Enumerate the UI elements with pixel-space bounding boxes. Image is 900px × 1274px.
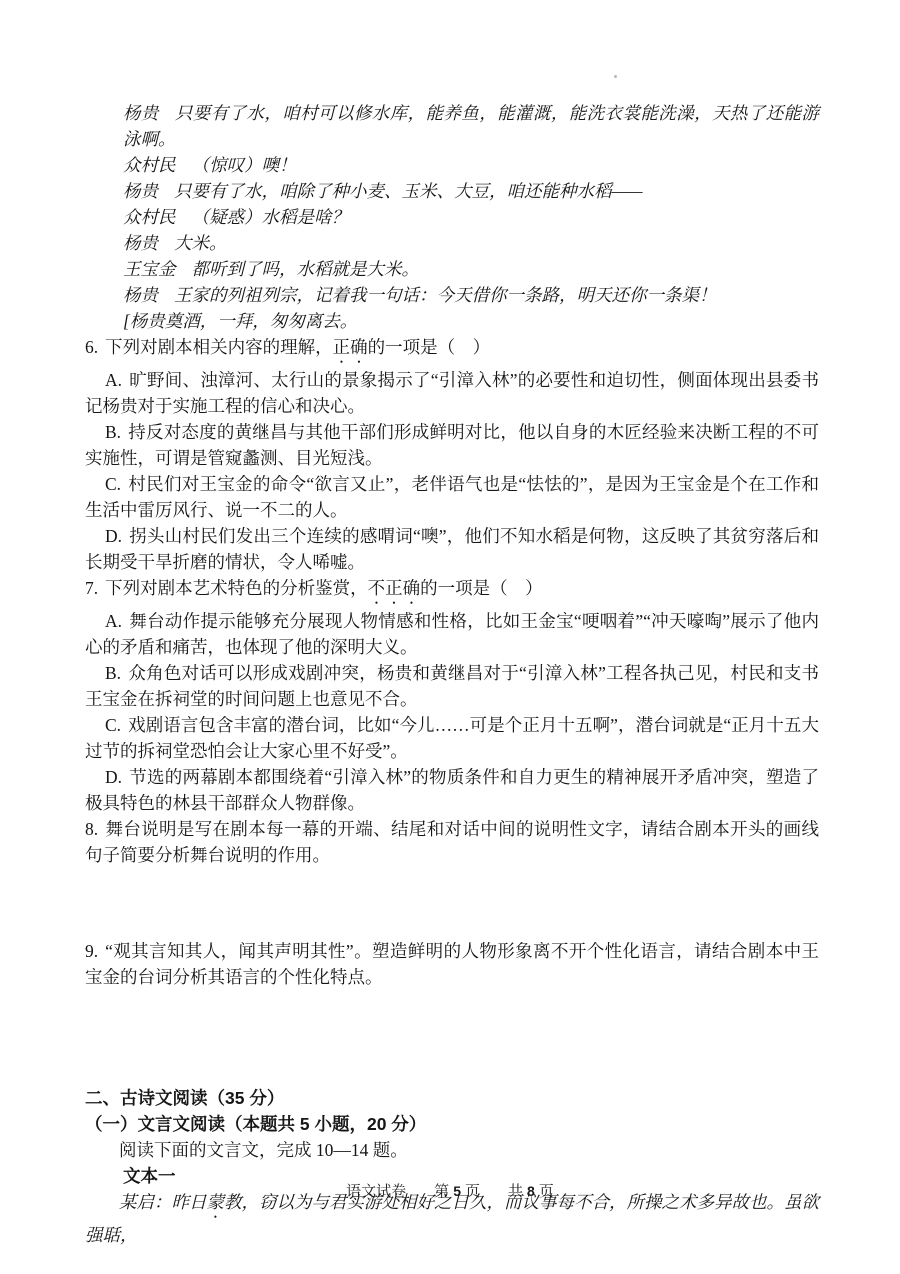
option-text: 旷野间、浊漳河、太行山的景象揭示了“引漳入林”的必要性和迫切性，侧面体现出县委书… bbox=[85, 370, 819, 416]
question-6-option-d: D.拐头山村民们发出三个连续的感喟词“噢”，他们不知水稻是何物，这反映了其贫穷落… bbox=[85, 523, 819, 575]
section-2: 二、古诗文阅读（35 分） （一）文言文阅读（本题共 5 小题，20 分） 阅读… bbox=[85, 1085, 819, 1248]
dialogue-line: 杨贵大米。 bbox=[123, 230, 819, 256]
question-6-option-c: C.村民们对王宝金的命令“欲言又止”，老伴语气也是“怯怯的”，是因为王宝金是个在… bbox=[85, 471, 819, 523]
option-text: 持反对态度的黄继昌与其他干部们形成鲜明对比，他以自身的木匠经验来决断工程的不可实… bbox=[85, 422, 819, 468]
dialogue-text: 只要有了水，咱村可以修水库，能养鱼，能灌溉，能洗衣裳能洗澡，天热了还能游泳啊。 bbox=[123, 103, 819, 149]
question-6-option-a: A.旷野间、浊漳河、太行山的景象揭示了“引漳入林”的必要性和迫切性，侧面体现出县… bbox=[85, 367, 819, 419]
option-text: 舞台动作提示能够充分展现人物情感和性格，比如王金宝“哽咽着”“冲天嚎啕”展示了他… bbox=[85, 611, 819, 657]
speaker-name: 杨贵 bbox=[123, 233, 158, 253]
question-text: “观其言知其人，闻其声明其性”。塑造鲜明的人物形象离不开个性化语言，请结合剧本中… bbox=[85, 941, 819, 987]
stem-emphasis: 不正确 bbox=[368, 578, 421, 598]
dialogue-line: 王宝金都听到了吗，水稻就是大米。 bbox=[123, 256, 819, 282]
option-label: D. bbox=[105, 526, 122, 546]
dialogue-text: 大米。 bbox=[174, 233, 227, 253]
option-label: A. bbox=[105, 370, 122, 390]
script-dialogue-block: 杨贵只要有了水，咱村可以修水库，能养鱼，能灌溉，能洗衣裳能洗澡，天热了还能游泳啊… bbox=[85, 100, 819, 334]
stem-text: 的一项是（ ） bbox=[368, 337, 491, 357]
speaker-name: 众村民 bbox=[123, 155, 176, 175]
option-label: B. bbox=[105, 422, 121, 442]
question-7-option-b: B.众角色对话可以形成戏剧冲突，杨贵和黄继昌对于“引漳入林”工程各执己见，村民和… bbox=[85, 660, 819, 712]
footer-total-number: 8 bbox=[523, 1183, 539, 1199]
print-speck-artifact bbox=[614, 75, 617, 78]
dialogue-line: 杨贵只要有了水，咱村可以修水库，能养鱼，能灌溉，能洗衣裳能洗澡，天热了还能游泳啊… bbox=[123, 100, 819, 152]
option-text: 拐头山村民们发出三个连续的感喟词“噢”，他们不知水稻是何物，这反映了其贫穷落后和… bbox=[85, 526, 819, 572]
option-label: C. bbox=[105, 715, 121, 735]
question-6-stem: 6.下列对剧本相关内容的理解，正确的一项是（ ） bbox=[85, 334, 819, 367]
stem-text: 下列对剧本艺术特色的分析鉴赏， bbox=[105, 578, 368, 598]
section-title: 二、古诗文阅读（35 分） bbox=[85, 1085, 819, 1111]
footer-page-label: 页 bbox=[465, 1184, 480, 1200]
speaker-name: 杨贵 bbox=[123, 103, 159, 123]
option-label: C. bbox=[105, 474, 121, 494]
option-label: A. bbox=[105, 611, 122, 631]
question-8: 8.舞台说明是写在剧本每一幕的开端、结尾和对话中间的说明性文字，请结合剧本开头的… bbox=[85, 816, 819, 868]
speaker-name: 杨贵 bbox=[123, 181, 158, 201]
speaker-name: 众村民 bbox=[123, 207, 176, 227]
stem-emphasis: 正确 bbox=[333, 337, 368, 357]
option-label: B. bbox=[105, 663, 121, 683]
stem-text: 的一项是（ ） bbox=[420, 578, 543, 598]
page-content: 杨贵只要有了水，咱村可以修水库，能养鱼，能灌溉，能洗衣裳能洗澡，天热了还能游泳啊… bbox=[85, 100, 819, 1248]
section-subtitle: （一）文言文阅读（本题共 5 小题，20 分） bbox=[85, 1111, 819, 1137]
dialogue-text: 只要有了水，咱除了种小麦、玉米、大豆，咱还能种水稻—— bbox=[174, 181, 643, 201]
dialogue-text: （疑惑）水稻是啥？ bbox=[192, 207, 350, 227]
footer-page-label: 第 bbox=[434, 1184, 449, 1200]
answer-space bbox=[85, 868, 819, 938]
question-text: 舞台说明是写在剧本每一幕的开端、结尾和对话中间的说明性文字，请结合剧本开头的画线… bbox=[85, 819, 819, 865]
answer-space bbox=[85, 990, 819, 1085]
question-7-stem: 7.下列对剧本艺术特色的分析鉴赏，不正确的一项是（ ） bbox=[85, 575, 819, 608]
speaker-name: 杨贵 bbox=[123, 285, 158, 305]
dialogue-text: 都听到了吗，水稻就是大米。 bbox=[192, 259, 420, 279]
footer-total-label: 共 bbox=[508, 1184, 523, 1200]
question-7-option-d: D.节选的两幕剧本都围绕着“引漳入林”的物质条件和自力更生的精神展开矛盾冲突，塑… bbox=[85, 764, 819, 816]
dialogue-line: 众村民（惊叹）噢！ bbox=[123, 152, 819, 178]
question-6: 6.下列对剧本相关内容的理解，正确的一项是（ ） A.旷野间、浊漳河、太行山的景… bbox=[85, 334, 819, 575]
footer-page-number: 5 bbox=[449, 1183, 465, 1199]
question-number: 9. bbox=[85, 941, 98, 961]
question-number: 8. bbox=[85, 819, 98, 839]
dialogue-text: （惊叹）噢！ bbox=[192, 155, 297, 175]
option-label: D. bbox=[105, 767, 122, 787]
question-6-option-b: B.持反对态度的黄继昌与其他干部们形成鲜明对比，他以自身的木匠经验来决断工程的不… bbox=[85, 419, 819, 471]
dialogue-text: 王家的列祖列宗，记着我一句话：今天借你一条路，明天还你一条渠！ bbox=[174, 285, 717, 305]
stem-text: 下列对剧本相关内容的理解， bbox=[105, 337, 333, 357]
option-text: 戏剧语言包含丰富的潜台词，比如“今儿……可是个正月十五啊”，潜台词就是“正月十五… bbox=[85, 715, 819, 761]
option-text: 村民们对王宝金的命令“欲言又止”，老伴语气也是“怯怯的”，是因为王宝金是个在工作… bbox=[85, 474, 819, 520]
exam-page: 杨贵只要有了水，咱村可以修水库，能养鱼，能灌溉，能洗衣裳能洗澡，天热了还能游泳啊… bbox=[0, 0, 900, 1274]
footer-total-label: 页 bbox=[539, 1184, 554, 1200]
section-instruction: 阅读下面的文言文，完成 10—14 题。 bbox=[85, 1137, 819, 1163]
dialogue-line: 杨贵只要有了水，咱除了种小麦、玉米、大豆，咱还能种水稻—— bbox=[123, 178, 819, 204]
dialogue-line: 众村民（疑惑）水稻是啥？ bbox=[123, 204, 819, 230]
option-text: 节选的两幕剧本都围绕着“引漳入林”的物质条件和自力更生的精神展开矛盾冲突，塑造了… bbox=[85, 767, 819, 813]
page-footer: 语文试卷第5页共8页 bbox=[0, 1180, 900, 1201]
question-9: 9.“观其言知其人，闻其声明其性”。塑造鲜明的人物形象离不开个性化语言，请结合剧… bbox=[85, 938, 819, 990]
question-number: 6. bbox=[85, 337, 98, 357]
question-number: 7. bbox=[85, 578, 98, 598]
footer-doc-label: 语文试卷 bbox=[346, 1184, 406, 1200]
option-text: 众角色对话可以形成戏剧冲突，杨贵和黄继昌对于“引漳入林”工程各执己见，村民和支书… bbox=[85, 663, 819, 709]
question-7: 7.下列对剧本艺术特色的分析鉴赏，不正确的一项是（ ） A.舞台动作提示能够充分… bbox=[85, 575, 819, 816]
question-7-option-c: C.戏剧语言包含丰富的潜台词，比如“今儿……可是个正月十五啊”，潜台词就是“正月… bbox=[85, 712, 819, 764]
question-7-option-a: A.舞台动作提示能够充分展现人物情感和性格，比如王金宝“哽咽着”“冲天嚎啕”展示… bbox=[85, 608, 819, 660]
speaker-name: 王宝金 bbox=[123, 259, 176, 279]
dialogue-line: 杨贵王家的列祖列宗，记着我一句话：今天借你一条路，明天还你一条渠！ bbox=[123, 282, 819, 308]
stage-direction: [杨贵奠酒，一拜，匆匆离去。 bbox=[123, 308, 819, 334]
